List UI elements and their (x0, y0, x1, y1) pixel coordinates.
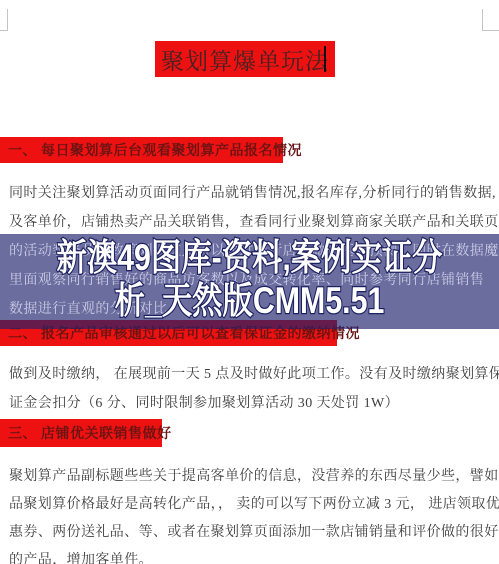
section-heading-1[interactable]: 一、 每日聚划算后台观看聚划算产品报名情况 (0, 137, 283, 163)
paragraph-line[interactable]: 同时关注聚划算活动页面同行产品就销售情况,报名库存,分析同行的销售数据, (9, 182, 496, 199)
paragraph-line[interactable]: 做到及时缴纳， 在展现前一天 5 点及时做好此项工作。没有及时缴纳聚划算保 (9, 363, 499, 380)
seo-overlay-line2: 析_天然版CMM5.51 (45, 279, 454, 322)
text-boundary-corner-top-left (0, 9, 8, 31)
section-heading-3[interactable]: 三、 店铺优关联销售做好 (0, 419, 162, 447)
paragraph-line[interactable]: 及客单价，店铺热卖产品关联销售，查看同行业聚划算商家关联产品和关联页面 (9, 211, 499, 228)
paragraph-line[interactable]: 品聚划算价格最好是高转化产品，， 卖的可以写下两份立减 3 元， 进店领取优 (9, 493, 499, 510)
seo-overlay-line1: 新澳49图库-资料,案例实证分 (45, 236, 454, 279)
paragraph-line[interactable]: 惠券、两份送礼品、等、或者在聚划算页面添加一款店铺销量和评价做的很好 (9, 521, 499, 538)
word-document-page: { "window": {"width": 499, "height": 564… (0, 0, 499, 564)
paragraph-line[interactable]: 的产品，增加客单件。 (9, 549, 153, 564)
seo-overlay-caption: 新澳49图库-资料,案例实证分 析_天然版CMM5.51 (45, 236, 454, 322)
paragraph-line[interactable]: 证金会扣分（6 分、同时限制参加聚划算活动 30 天处罚 1W） (9, 392, 399, 409)
paragraph-line[interactable]: 聚划算产品副标题些些关于提高客单价的信息，没营养的东西尽量少些，譬如产 (9, 465, 499, 482)
text-cursor (324, 46, 326, 72)
document-title[interactable]: 聚划算爆单玩法 (155, 41, 335, 77)
text-boundary-corner-top-right (482, 9, 499, 31)
